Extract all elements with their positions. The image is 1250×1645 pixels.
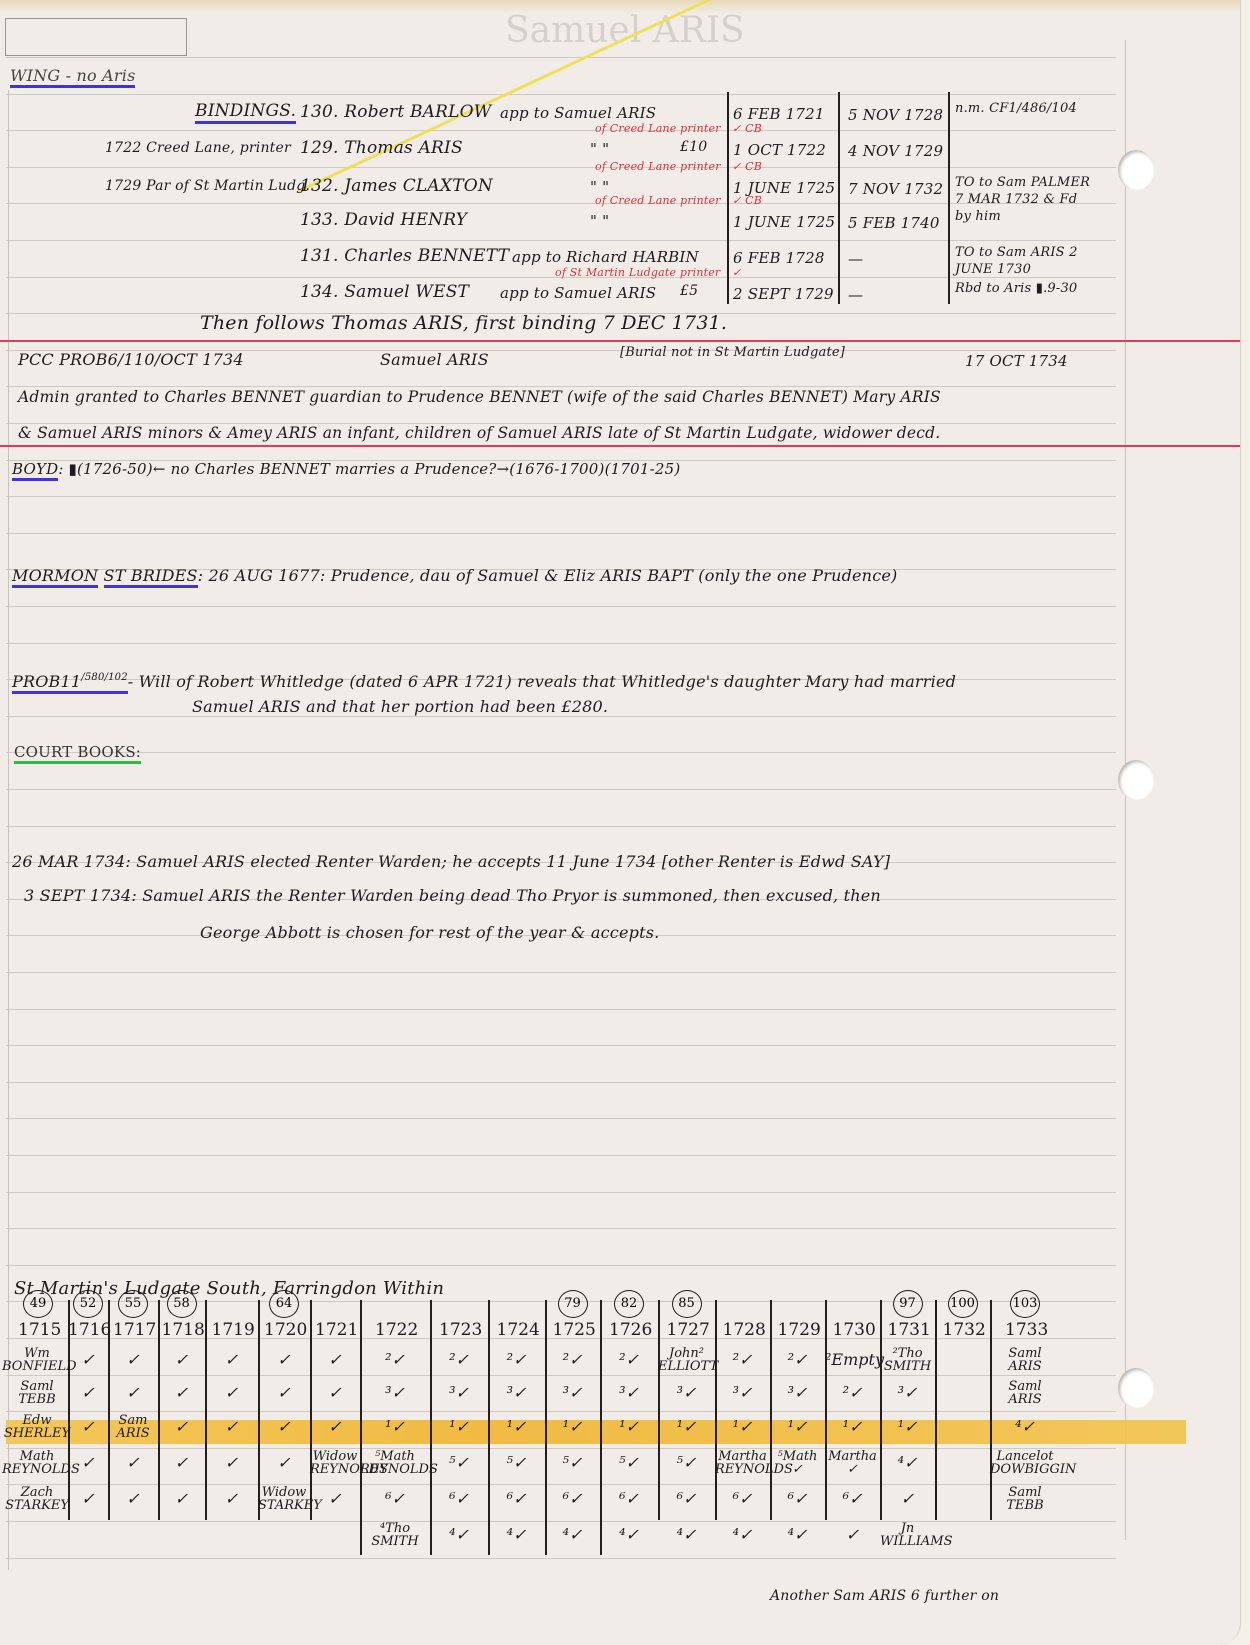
- punch-hole: [1118, 150, 1154, 190]
- ruled-line: [6, 57, 1116, 58]
- rate-paid-check: ⁶✓: [770, 1492, 825, 1507]
- table-divider: [727, 92, 729, 304]
- householder-name: SamlTEBB: [2, 1380, 72, 1406]
- occupant-note: SamlARIS: [990, 1380, 1060, 1406]
- rate-paid-check: ✓: [205, 1456, 258, 1471]
- rate-paid-check: ³✓: [770, 1386, 825, 1401]
- year-header: 1725: [553, 1320, 596, 1340]
- occupant-note: SamlARIS: [990, 1347, 1060, 1373]
- rate-paid-check: ✓: [68, 1456, 108, 1471]
- punch-hole: [1118, 760, 1154, 800]
- rate-paid-check: ✓: [68, 1420, 108, 1435]
- freedom-date: 5 NOV 1728: [848, 106, 943, 124]
- rate-paid-check: ¹✓: [825, 1420, 880, 1435]
- ruled-line: [6, 496, 1116, 497]
- freedom-date: 5 FEB 1740: [848, 214, 940, 232]
- binding-remark: TO to Sam PALMER 7 MAR 1732 & Fd by him: [955, 174, 1095, 225]
- rate-paid-check: ✓: [825, 1528, 880, 1543]
- ruled-line: [6, 1155, 1116, 1156]
- rate-paid-check: ✓: [258, 1456, 310, 1471]
- rate-paid-check: ⁴✓: [770, 1528, 825, 1543]
- rate-paid-check: ✓: [310, 1492, 360, 1507]
- rate-paid-check: ¹✓: [430, 1420, 488, 1435]
- bottom-note: Another Sam ARIS 6 further on: [770, 1588, 999, 1604]
- ruled-line: [6, 1045, 1116, 1046]
- rate-paid-check: ²✓: [545, 1353, 600, 1368]
- ruled-line: [6, 1009, 1116, 1010]
- apprentice-name: 131. Charles BENNETT: [300, 246, 509, 266]
- year-header: 1728: [723, 1320, 766, 1340]
- rate-paid-check: ✓: [258, 1420, 310, 1435]
- year-header: 1717: [113, 1320, 156, 1340]
- occupant-note: SamARIS: [108, 1414, 158, 1440]
- rate-paid-check: ⁴✓: [715, 1528, 770, 1543]
- rate-paid-check: ⁶✓: [488, 1492, 545, 1507]
- ruled-line: [6, 1265, 1116, 1266]
- rate-paid-check: ³✓: [488, 1386, 545, 1401]
- ruled-line: [6, 130, 1116, 131]
- year-header: 1724: [497, 1320, 540, 1340]
- circled-number: 58: [167, 1290, 197, 1318]
- householder-name: WmBONFIELD: [2, 1347, 72, 1373]
- year-header: 1719: [212, 1320, 255, 1340]
- table-column-divider: [205, 1300, 207, 1520]
- rate-paid-check: ⁴✓: [658, 1528, 715, 1543]
- master-name: app to Samuel ARIS: [500, 104, 656, 122]
- punch-hole: [1118, 1368, 1154, 1408]
- occupant-note: ⁴ThoSMITH: [360, 1522, 430, 1548]
- circled-number: 82: [614, 1290, 644, 1318]
- ruled-line: [6, 94, 1116, 95]
- rate-paid-check: ³✓: [600, 1386, 658, 1401]
- red-rule: [0, 340, 1240, 342]
- pcc-line: Admin granted to Charles BENNET guardian…: [18, 388, 941, 406]
- table-column-divider: [880, 1300, 882, 1520]
- circled-number: 55: [118, 1290, 148, 1318]
- pcc-date: 17 OCT 1734: [965, 352, 1068, 370]
- occupant-note: ⁵MathREYNOLDS: [360, 1450, 430, 1476]
- occupant-note: LancelotDOWBIGGIN: [990, 1450, 1060, 1476]
- check-mark: ✓ CB: [732, 194, 762, 207]
- ruled-line: [6, 1375, 1116, 1376]
- master-address-note: of St Martin Ludgate printer: [555, 266, 720, 279]
- court-book-entry: George Abbott is chosen for rest of the …: [200, 923, 659, 942]
- rate-paid-check: ³✓: [715, 1386, 770, 1401]
- master-name: " ": [590, 212, 609, 230]
- premium-fee: £10: [680, 139, 707, 155]
- circled-number: 103: [1010, 1290, 1040, 1318]
- ruled-line: [6, 643, 1116, 644]
- rate-paid-check: ²✓: [715, 1353, 770, 1368]
- master-address-note: of Creed Lane printer: [595, 122, 721, 135]
- circled-number: 100: [948, 1290, 978, 1318]
- ruled-line: [6, 606, 1116, 607]
- occupant-note: ⁵Math✓: [770, 1450, 825, 1476]
- ruled-line: [6, 533, 1116, 534]
- prob11-text: Samuel ARIS and that her portion had bee…: [192, 697, 608, 716]
- freedom-date: —: [848, 250, 863, 268]
- bindings-note: 1722 Creed Lane, printer: [105, 140, 291, 156]
- prob11-text: - Will of Robert Whitledge (dated 6 APR …: [128, 672, 956, 691]
- rate-paid-check: ⁵✓: [658, 1456, 715, 1471]
- rate-paid-check: ✓: [158, 1353, 205, 1368]
- master-name: app to Samuel ARIS: [500, 284, 656, 302]
- year-header: 1726: [609, 1320, 652, 1340]
- ruled-line: [6, 752, 1116, 753]
- red-rule: [0, 445, 1240, 447]
- rate-paid-check: ⁵✓: [545, 1456, 600, 1471]
- ruled-line: [6, 1192, 1116, 1193]
- apprentice-name: 132. James CLAXTON: [300, 176, 493, 196]
- year-header: 1733: [1005, 1320, 1048, 1340]
- table-column-divider: [158, 1300, 160, 1520]
- year-header: 1716: [68, 1320, 111, 1340]
- premium-fee: £5: [680, 283, 698, 299]
- pcc-burial-note: [Burial not in St Martin Ludgate]: [620, 345, 845, 360]
- rate-paid-check: ¹✓: [770, 1420, 825, 1435]
- court-book-entry: 26 MAR 1734: Samuel ARIS elected Renter …: [12, 852, 890, 871]
- rate-paid-check: ³✓: [360, 1386, 430, 1401]
- circled-number: 79: [558, 1290, 588, 1318]
- year-header: 1718: [162, 1320, 205, 1340]
- table-column-divider: [935, 1300, 937, 1520]
- rate-paid-check: ⁶✓: [360, 1492, 430, 1507]
- occupant-note: MarthaREYNOLDS: [715, 1450, 770, 1476]
- rate-paid-check: ¹✓: [600, 1420, 658, 1435]
- ruled-line: [6, 1521, 1116, 1522]
- year-header: 1723: [439, 1320, 482, 1340]
- rate-paid-check: ⁵✓: [600, 1456, 658, 1471]
- ruled-line: [6, 1228, 1116, 1229]
- year-header: 1720: [264, 1320, 307, 1340]
- year-header: 1729: [778, 1320, 821, 1340]
- rate-paid-check: ✓: [310, 1386, 360, 1401]
- year-header: 1721: [315, 1320, 358, 1340]
- table-column-divider: [310, 1300, 312, 1520]
- occupant-note: Martha✓: [825, 1450, 880, 1476]
- rate-paid-check: ⁴✓: [880, 1456, 935, 1471]
- apprentice-name: 134. Samuel WEST: [300, 282, 469, 302]
- ruled-line: [6, 789, 1116, 790]
- householder-name: MathREYNOLDS: [2, 1450, 72, 1476]
- rate-paid-check: ¹✓: [880, 1420, 935, 1435]
- occupant-note: ²ThoSMITH: [880, 1347, 935, 1373]
- pcc-line: & Samuel ARIS minors & Amey ARIS an infa…: [18, 424, 940, 442]
- rate-paid-check: ✓: [205, 1353, 258, 1368]
- table-column-divider: [825, 1300, 827, 1520]
- rate-paid-check: ✓: [880, 1492, 935, 1507]
- rate-paid-check: ⁶✓: [658, 1492, 715, 1507]
- pcc-ref: PCC PROB6/110/OCT 1734: [18, 350, 244, 369]
- householder-name: EdwSHERLEY: [2, 1414, 72, 1440]
- rate-paid-check: ²✓: [600, 1353, 658, 1368]
- rate-paid-check: ✓: [158, 1420, 205, 1435]
- rate-paid-check: ²✓: [430, 1353, 488, 1368]
- rate-paid-check: ⁶✓: [545, 1492, 600, 1507]
- bindings-note: 1729 Par of St Martin Ludg.: [105, 178, 310, 194]
- ruled-line: [6, 972, 1116, 973]
- rate-paid-check: ✓: [205, 1386, 258, 1401]
- rate-paid-check: ⁴✓: [600, 1528, 658, 1543]
- occupant-note: WidowSTARKEY: [258, 1486, 310, 1512]
- table-divider: [838, 92, 840, 304]
- binding-date: 1 OCT 1722: [733, 141, 826, 159]
- ruled-line: [6, 240, 1116, 241]
- rate-paid-check: ⁶✓: [430, 1492, 488, 1507]
- rate-paid-check: ⁴✓: [488, 1528, 545, 1543]
- year-header: 1730: [833, 1320, 876, 1340]
- binding-date: 1 JUNE 1725: [733, 213, 835, 231]
- rate-paid-check: ²✓: [825, 1386, 880, 1401]
- rate-paid-check: ✓: [68, 1353, 108, 1368]
- occupant-note: JnWILLIAMS: [880, 1522, 935, 1548]
- table-column-divider: [658, 1300, 660, 1520]
- householder-name: ZachSTARKEY: [2, 1486, 72, 1512]
- binding-remark: TO to Sam ARIS 2 JUNE 1730: [955, 244, 1095, 278]
- occupant-note: ²Empty: [825, 1353, 880, 1368]
- ruled-line: [6, 1082, 1116, 1083]
- rate-paid-check: ✓: [108, 1353, 158, 1368]
- circled-number: 85: [672, 1290, 702, 1318]
- circled-number: 52: [73, 1290, 103, 1318]
- rate-paid-check: ⁵✓: [488, 1456, 545, 1471]
- ruled-line: [6, 1118, 1116, 1119]
- mormon-text: : 26 AUG 1677: Prudence, dau of Samuel &…: [198, 566, 898, 585]
- freedom-date: 4 NOV 1729: [848, 142, 943, 160]
- rate-paid-check: ✓: [205, 1420, 258, 1435]
- ruled-line: [6, 716, 1116, 717]
- rate-paid-check: ✓: [108, 1456, 158, 1471]
- ruled-line: [6, 1558, 1116, 1559]
- freedom-date: —: [848, 286, 863, 304]
- rate-paid-check: ✓: [258, 1386, 310, 1401]
- rate-paid-check: ✓: [310, 1420, 360, 1435]
- st-brides-label: ST BRIDES: [104, 566, 198, 588]
- court-books-heading: COURT BOOKS:: [14, 743, 141, 761]
- rate-paid-check: ✓: [258, 1353, 310, 1368]
- boyd-entry: BOYD: ▮(1726-50)← no Charles BENNET marr…: [12, 460, 680, 478]
- rate-paid-check: ✓: [68, 1386, 108, 1401]
- rate-paid-check: ✓: [158, 1456, 205, 1471]
- master-address-note: of Creed Lane printer: [595, 194, 721, 207]
- prob11-entry: PROB11/580/102- Will of Robert Whitledge…: [12, 672, 956, 691]
- master-name: " ": [590, 140, 609, 158]
- rate-paid-check: ²✓: [770, 1353, 825, 1368]
- rate-paid-check: ⁶✓: [600, 1492, 658, 1507]
- rate-paid-check: ✓: [205, 1492, 258, 1507]
- master-address-note: of Creed Lane printer: [595, 160, 721, 173]
- boyd-label: BOYD: [12, 460, 58, 481]
- check-mark: ✓: [732, 266, 741, 279]
- circled-number: 97: [893, 1290, 923, 1318]
- ruled-line: [6, 826, 1116, 827]
- rate-paid-check: ✓: [108, 1492, 158, 1507]
- circled-number: 64: [269, 1290, 299, 1318]
- apprentice-name: 133. David HENRY: [300, 210, 467, 230]
- rate-paid-check: ✓: [158, 1386, 205, 1401]
- year-header: 1727: [667, 1320, 710, 1340]
- bindings-footer: Then follows Thomas ARIS, first binding …: [200, 312, 727, 334]
- rate-paid-check: ✓: [158, 1492, 205, 1507]
- mormon-entry: MORMON ST BRIDES: 26 AUG 1677: Prudence,…: [12, 566, 897, 585]
- rate-paid-check: ✓: [310, 1353, 360, 1368]
- rate-paid-check: ¹✓: [360, 1420, 430, 1435]
- ruled-line: [6, 203, 1116, 204]
- check-mark: ✓ CB: [732, 122, 762, 135]
- check-mark: ✓ CB: [732, 160, 762, 173]
- master-name: app to Richard HARBIN: [512, 248, 699, 266]
- occupant-note: WidowREYNOLDS: [310, 1450, 360, 1476]
- pcc-name: Samuel ARIS: [380, 350, 489, 369]
- rate-paid-check: ✓: [108, 1386, 158, 1401]
- occupant-note: SamlTEBB: [990, 1486, 1060, 1512]
- rate-paid-check: ⁴✓: [430, 1528, 488, 1543]
- court-book-entry: 3 SEPT 1734: Samuel ARIS the Renter Ward…: [24, 886, 881, 905]
- binding-date: 2 SEPT 1729: [733, 285, 834, 303]
- binding-remark: Rbd to Aris ▮.9-30: [955, 280, 1095, 297]
- rate-paid-check: ²✓: [360, 1353, 430, 1368]
- rate-paid-check: ³✓: [430, 1386, 488, 1401]
- ruled-line: [6, 167, 1116, 168]
- year-header: 1715: [18, 1320, 61, 1340]
- freedom-date: 7 NOV 1732: [848, 180, 943, 198]
- circled-number: 49: [23, 1290, 53, 1318]
- label-box: [5, 18, 187, 56]
- faint-bleedthrough-title: Samuel ARIS: [505, 10, 745, 51]
- prob11-label: PROB11/580/102: [12, 672, 128, 694]
- ruled-line: [6, 1448, 1116, 1449]
- binding-date: 6 FEB 1721: [733, 105, 825, 123]
- bindings-heading: BINDINGS.: [195, 101, 296, 121]
- rate-paid-check: ¹✓: [658, 1420, 715, 1435]
- apprentice-name: 129. Thomas ARIS: [300, 138, 463, 158]
- rate-paid-check: ³✓: [545, 1386, 600, 1401]
- table-column-divider: [770, 1300, 772, 1520]
- apprentice-name: 130. Robert BARLOW: [300, 102, 491, 122]
- occupant-note: John²ELLIOTT: [658, 1347, 715, 1373]
- notebook-page: Samuel ARIS WING - no Aris BINDINGS. 172…: [0, 0, 1241, 1645]
- rate-paid-check: ¹✓: [488, 1420, 545, 1435]
- wing-note: WING - no Aris: [10, 66, 135, 85]
- rate-paid-check: ⁵✓: [430, 1456, 488, 1471]
- year-header: 1722: [375, 1320, 418, 1340]
- rate-paid-check: ⁴✓: [990, 1420, 1060, 1435]
- rate-paid-check: ³✓: [880, 1386, 935, 1401]
- rate-paid-check: ⁶✓: [715, 1492, 770, 1507]
- binding-date: 6 FEB 1728: [733, 249, 825, 267]
- rate-paid-check: ⁴✓: [545, 1528, 600, 1543]
- rate-paid-check: ²✓: [488, 1353, 545, 1368]
- rate-paid-check: ³✓: [658, 1386, 715, 1401]
- table-divider: [948, 92, 950, 304]
- rate-paid-check: ¹✓: [545, 1420, 600, 1435]
- binding-remark: n.m. CF1/486/104: [955, 100, 1095, 117]
- rate-paid-check: ¹✓: [715, 1420, 770, 1435]
- ruled-line: [6, 1484, 1116, 1485]
- rate-paid-check: ✓: [68, 1492, 108, 1507]
- year-header: 1731: [888, 1320, 931, 1340]
- table-column-divider: [715, 1300, 717, 1520]
- year-header: 1732: [943, 1320, 986, 1340]
- ruled-line: [6, 1411, 1116, 1412]
- ruled-line: [6, 386, 1116, 387]
- mormon-label: MORMON: [12, 566, 98, 588]
- rate-paid-check: ⁶✓: [825, 1492, 880, 1507]
- boyd-text: : ▮(1726-50)← no Charles BENNET marries …: [58, 460, 680, 478]
